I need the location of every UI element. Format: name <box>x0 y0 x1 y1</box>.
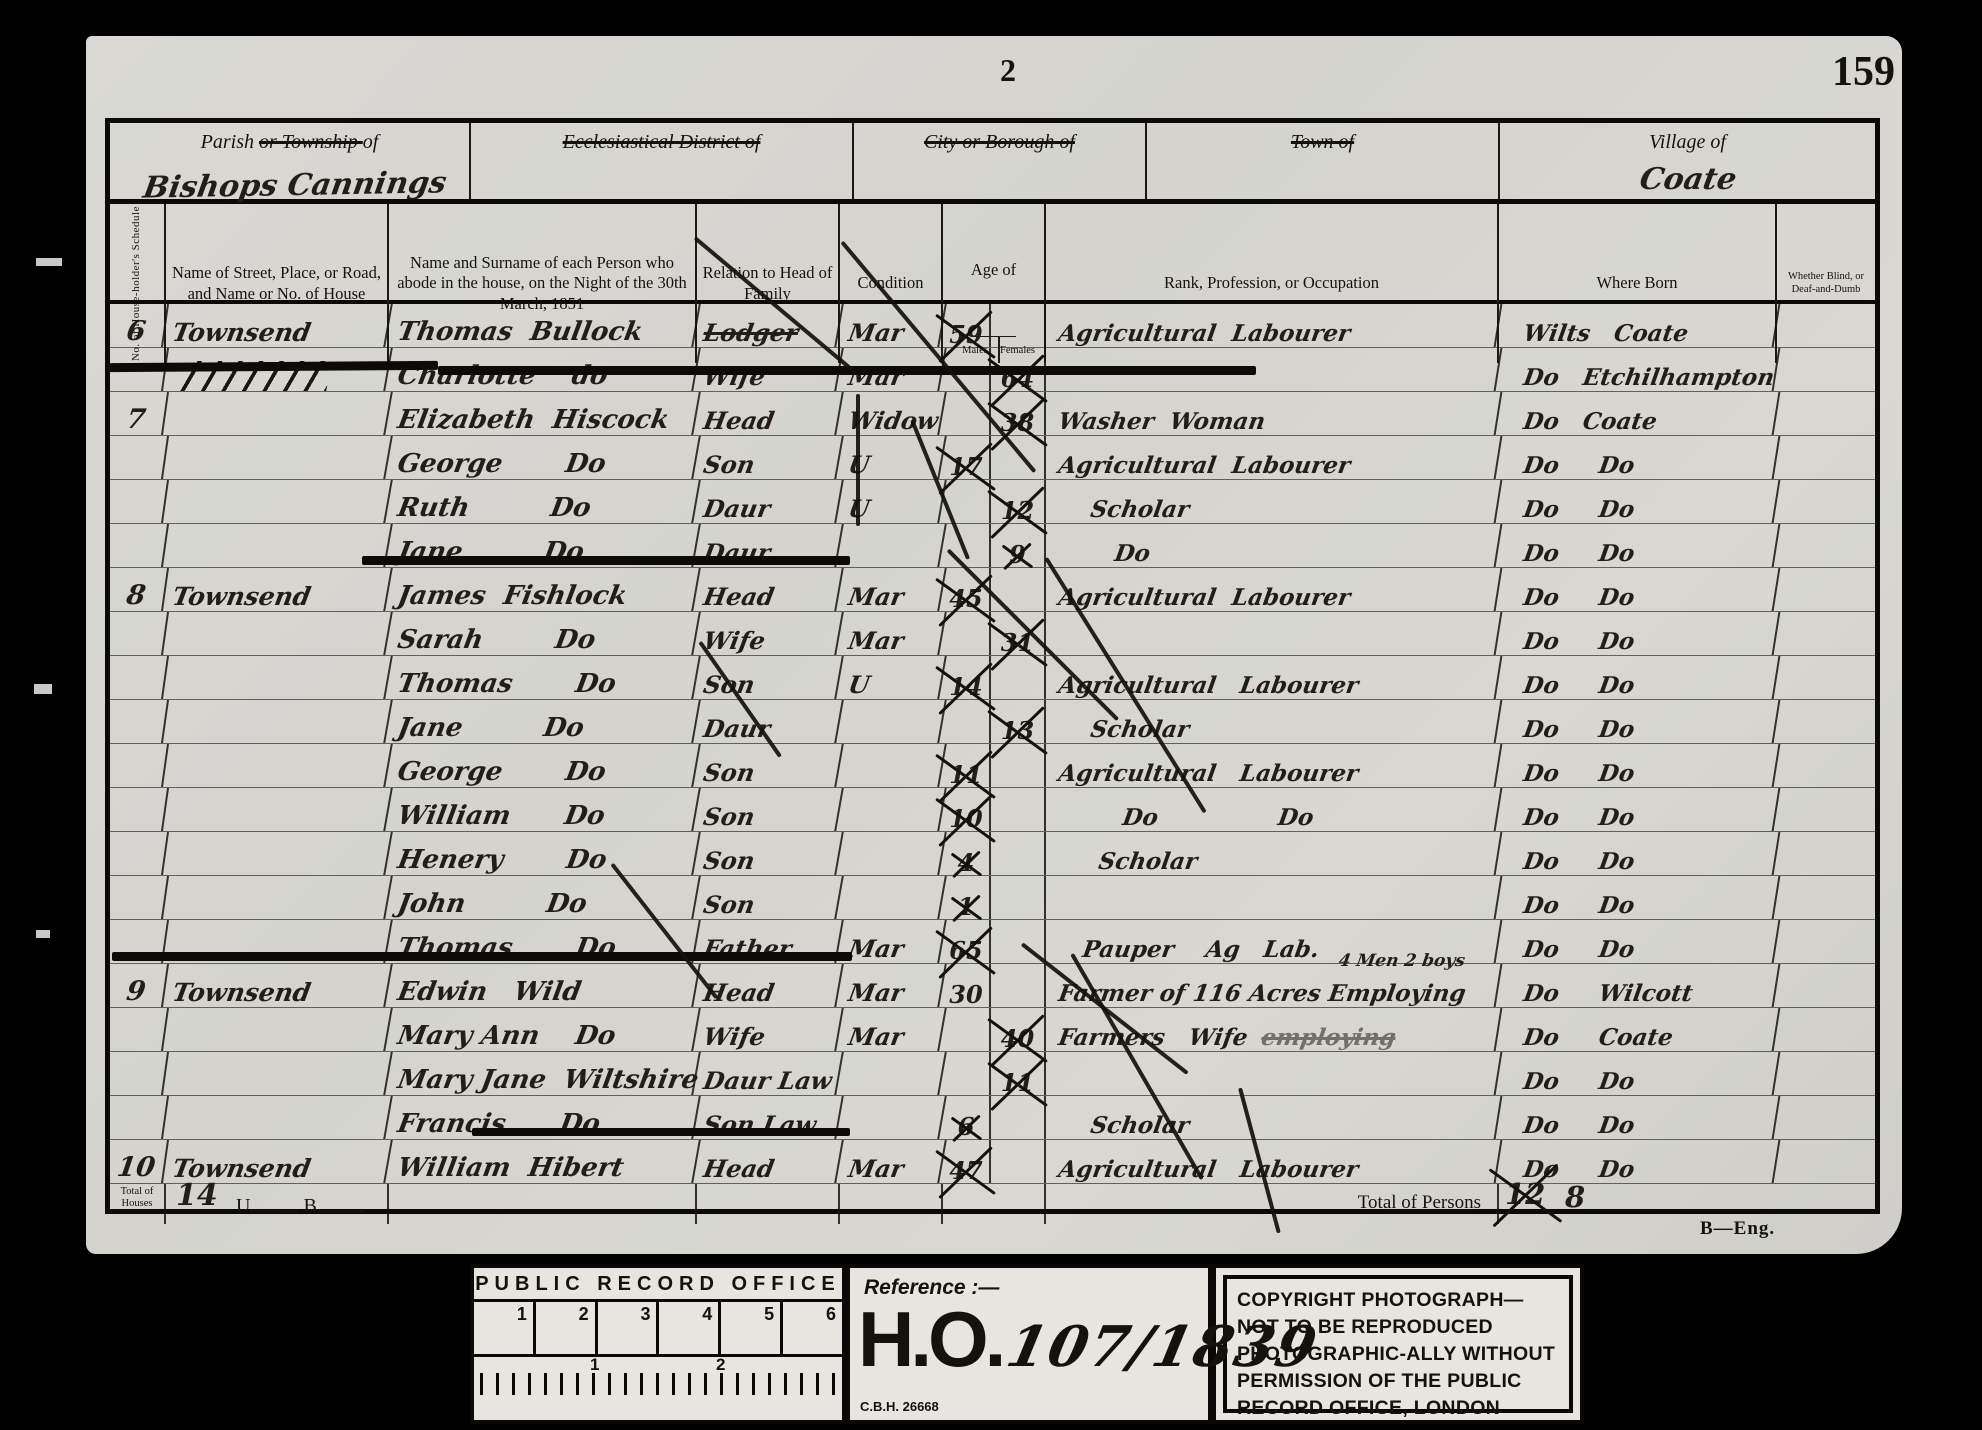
cell-schedule-number <box>107 876 169 919</box>
cell-name: Mary Jane Wiltshire <box>385 1052 701 1095</box>
census-row: Henery Do Son 4 Scholar Do Do <box>110 832 1875 876</box>
inch-label: 4 <box>659 1302 721 1354</box>
cell-infirmity <box>1777 920 1875 963</box>
ecclesiastical-header-cell: Ecclesiastical District of <box>471 123 854 199</box>
cell-occupation: Scholar <box>1043 1096 1503 1139</box>
cell-where-born: Do Do <box>1496 568 1781 611</box>
cell-relation: Son <box>693 436 844 479</box>
cell-where-born: Do Do <box>1496 656 1781 699</box>
census-row: Francis Do Son Law 6 Scholar Do Do <box>110 1096 1875 1140</box>
cell-name: William Hibert <box>385 1140 701 1183</box>
cell-age-male <box>943 612 991 655</box>
cell-age-female: 40 <box>991 1008 1046 1051</box>
cell-infirmity <box>1777 744 1875 787</box>
cell-age-female <box>991 788 1046 831</box>
cell-street <box>162 1008 393 1051</box>
cell-name: John Do <box>385 876 701 919</box>
census-row: Ruth Do Daur U 12 Scholar Do Do <box>110 480 1875 524</box>
cell-schedule-number <box>107 700 169 743</box>
cell-where-born: Do Do <box>1496 832 1781 875</box>
cell-condition: Mar <box>836 1008 947 1051</box>
margin-speck <box>36 258 62 266</box>
total-houses-label: Total of Houses <box>110 1184 166 1224</box>
census-row: George Do Son U 17 Agricultural Labourer… <box>110 436 1875 480</box>
census-row: Sarah Do Wife Mar 31 Do Do <box>110 612 1875 656</box>
cell-schedule-number <box>107 612 169 655</box>
cell-condition: Mar <box>836 920 947 963</box>
cell-age-male: 30 <box>943 964 991 1007</box>
cell-age-male: 11 <box>943 744 991 787</box>
cell-age-male <box>943 1052 991 1095</box>
census-row: Mary Jane Wiltshire Daur Law 11 Do Do <box>110 1052 1875 1096</box>
cell-infirmity <box>1777 480 1875 523</box>
folio-number: 159 <box>1832 48 1895 96</box>
cell-street <box>162 876 393 919</box>
cell-schedule-number <box>107 788 169 831</box>
cell-schedule-number: 8 <box>107 568 169 611</box>
census-row: 8 Townsend James Fishlock Head Mar 45 Ag… <box>110 568 1875 612</box>
cell-where-born: Do Do <box>1496 612 1781 655</box>
cell-relation: Head <box>693 568 844 611</box>
cell-age-male <box>943 700 991 743</box>
cell-where-born: Do Wilcott <box>1496 964 1781 1007</box>
cell-infirmity <box>1777 524 1875 567</box>
cell-street: Townsend <box>162 304 393 347</box>
cell-age-male: 10 <box>943 788 991 831</box>
margin-speck <box>34 684 52 694</box>
cell-occupation: Scholar <box>1043 700 1503 743</box>
cell-occupation: Farmer of 116 Acres Employing4 Men 2 boy… <box>1043 964 1503 1007</box>
cell-name: Elizabeth Hiscock <box>385 392 701 435</box>
cell-street: Townsend <box>162 1140 393 1183</box>
pro-stamp-strip: PUBLIC RECORD OFFICE 1 2 3 4 5 6 1 2 Ref… <box>470 1264 1584 1424</box>
cell-name: Edwin Wild <box>385 964 701 1007</box>
cell-age-male <box>943 1008 991 1051</box>
village-label: Village of <box>1649 131 1726 153</box>
cell-schedule-number: 9 <box>107 964 169 1007</box>
reference-code: C.B.H. 26668 <box>860 1399 939 1414</box>
cell-condition: Mar <box>836 304 947 347</box>
cm-label: 2 <box>716 1355 725 1375</box>
reference-stamp: Reference :— H.O. 107/1839 C.B.H. 26668 <box>846 1264 1212 1424</box>
cell-street <box>162 788 393 831</box>
total-persons-label: Total of Persons <box>1358 1192 1481 1214</box>
cell-infirmity <box>1777 612 1875 655</box>
cell-age-female <box>991 304 1046 347</box>
town-label: Town of <box>1291 131 1354 153</box>
cell-infirmity <box>1777 700 1875 743</box>
cell-age-male: 14 <box>943 656 991 699</box>
cell-street <box>162 832 393 875</box>
cell-schedule-number: 10 <box>107 1140 169 1183</box>
cell-infirmity <box>1777 1052 1875 1095</box>
cell-street <box>162 612 393 655</box>
cell-name: Henery Do <box>385 832 701 875</box>
cell-occupation: Do <box>1043 524 1503 567</box>
census-row: 7 Elizabeth Hiscock Head Widow 38 Washer… <box>110 392 1875 436</box>
cell-street: Townsend <box>162 964 393 1007</box>
cell-schedule-number <box>107 480 169 523</box>
cell-schedule-number <box>107 436 169 479</box>
census-row: Thomas Do Son U 14 Agricultural Labourer… <box>110 656 1875 700</box>
females-total: 8 <box>1565 1180 1585 1214</box>
cell-infirmity <box>1777 1008 1875 1051</box>
cell-infirmity <box>1777 1096 1875 1139</box>
census-row: George Do Son 11 Agricultural Labourer D… <box>110 744 1875 788</box>
cell-street <box>162 700 393 743</box>
census-table: Parish or Township of Bishops Cannings E… <box>105 118 1880 1214</box>
cell-occupation: Scholar <box>1043 832 1503 875</box>
census-row: Jane Do Daur 13 Scholar Do Do <box>110 700 1875 744</box>
cell-infirmity <box>1777 1140 1875 1183</box>
census-row: 9 Townsend Edwin Wild Head Mar 30 Farmer… <box>110 964 1875 1008</box>
males-total: 12 <box>1505 1180 1545 1209</box>
cell-condition <box>836 744 947 787</box>
cell-where-born: Do Do <box>1496 788 1781 831</box>
cell-occupation <box>1043 612 1503 655</box>
cell-age-female <box>991 876 1046 919</box>
parish-label-pre: Parish <box>201 131 259 153</box>
cell-infirmity <box>1777 436 1875 479</box>
cell-name: Thomas Bullock <box>385 304 701 347</box>
bottom-note: B—Eng. <box>1700 1218 1775 1240</box>
cell-infirmity <box>1777 656 1875 699</box>
cell-street <box>162 480 393 523</box>
cell-name: Mary Ann Do <box>385 1008 701 1051</box>
cell-age-male: 6 <box>943 1096 991 1139</box>
cell-infirmity <box>1777 348 1875 391</box>
ink-line <box>472 1128 850 1136</box>
cell-schedule-number: 7 <box>107 392 169 435</box>
cell-condition: Mar <box>836 1140 947 1183</box>
inch-label: 1 <box>474 1302 536 1354</box>
cell-where-born: Do Do <box>1496 1052 1781 1095</box>
cell-infirmity <box>1777 964 1875 1007</box>
b-label: B <box>303 1195 316 1217</box>
cell-age-male <box>943 524 991 567</box>
cell-infirmity <box>1777 876 1875 919</box>
cell-condition <box>836 1096 947 1139</box>
cell-age-female: 9 <box>991 524 1046 567</box>
cell-age-male: 59 <box>943 304 991 347</box>
cell-occupation: Washer Woman <box>1043 392 1503 435</box>
cell-infirmity <box>1777 568 1875 611</box>
cell-where-born: Do Do <box>1496 436 1781 479</box>
cell-relation: Daur <box>693 480 844 523</box>
totals-row: Total of Houses 14 U B Total of Persons … <box>110 1184 1875 1224</box>
cell-where-born: Do Etchilhampton <box>1496 348 1781 391</box>
ruler-inch-scale: 1 2 3 4 5 6 <box>474 1302 842 1357</box>
cell-age-male: 1 <box>943 876 991 919</box>
parish-value: Bishops Cannings <box>141 165 449 205</box>
place-header-band: Parish or Township of Bishops Cannings E… <box>110 123 1875 204</box>
total-houses-cell: 14 U B <box>166 1184 389 1224</box>
census-row: Mary Ann Do Wife Mar 40 Farmers Wifeempl… <box>110 1008 1875 1052</box>
parish-label-struck: or Township <box>259 131 363 153</box>
census-page-scan: 2 159 Parish or Township of Bishops Cann… <box>0 0 1982 1430</box>
cell-where-born: Do Do <box>1496 524 1781 567</box>
cell-condition: Mar <box>836 612 947 655</box>
cell-condition: U <box>836 656 947 699</box>
margin-speck <box>36 930 50 938</box>
cell-schedule-number <box>107 744 169 787</box>
cell-where-born: Do Do <box>1496 480 1781 523</box>
cell-schedule-number <box>107 1008 169 1051</box>
cell-condition <box>836 876 947 919</box>
inch-label: 3 <box>598 1302 660 1354</box>
cell-age-female <box>991 964 1046 1007</box>
cell-name: William Do <box>385 788 701 831</box>
cell-infirmity <box>1777 392 1875 435</box>
cell-occupation: Do Do <box>1043 788 1503 831</box>
cell-age-male: 17 <box>943 436 991 479</box>
cell-where-born: Do Do <box>1496 1096 1781 1139</box>
cell-schedule-number <box>107 656 169 699</box>
cell-age-male: 4 <box>943 832 991 875</box>
cell-condition <box>836 524 947 567</box>
cell-name: Sarah Do <box>385 612 701 655</box>
census-row: 6 Townsend Thomas Bullock Lodger Mar 59 … <box>110 304 1875 348</box>
total-houses-value: 14 <box>176 1178 218 1213</box>
ruler-ticks <box>480 1373 836 1395</box>
cell-street <box>162 524 393 567</box>
cell-condition <box>836 1052 947 1095</box>
inch-label: 6 <box>783 1302 842 1354</box>
town-header-cell: Town of <box>1147 123 1500 199</box>
cell-where-born: Do Do <box>1496 700 1781 743</box>
cell-condition <box>836 832 947 875</box>
cell-name: George Do <box>385 744 701 787</box>
cell-age-female <box>991 656 1046 699</box>
cell-name: Jane Do <box>385 700 701 743</box>
cell-age-male: 65 <box>943 920 991 963</box>
cell-where-born: Do Do <box>1496 876 1781 919</box>
cell-condition: Widow <box>836 392 947 435</box>
cell-relation: Head <box>693 964 844 1007</box>
cell-name: Thomas Do <box>385 656 701 699</box>
cell-relation: Wife <box>693 1008 844 1051</box>
cell-occupation: Agricultural Labourer <box>1043 304 1503 347</box>
cell-occupation: Agricultural Labourer <box>1043 436 1503 479</box>
cm-label: 1 <box>590 1355 599 1375</box>
cell-age-female <box>991 832 1046 875</box>
cell-street: Townsend <box>162 568 393 611</box>
reference-series: H.O. <box>858 1302 1002 1376</box>
cell-occupation: Agricultural Labourer <box>1043 568 1503 611</box>
city-label: City or Borough of <box>924 131 1075 153</box>
cell-occupation: Agricultural Labourer <box>1043 744 1503 787</box>
cell-relation: Head <box>693 392 844 435</box>
cell-occupation: Agricultural Labourer <box>1043 1140 1503 1183</box>
cell-schedule-number <box>107 832 169 875</box>
ruler-title: PUBLIC RECORD OFFICE <box>474 1268 842 1302</box>
cell-name: James Fishlock <box>385 568 701 611</box>
cell-relation: Head <box>693 1140 844 1183</box>
cell-schedule-number <box>107 524 169 567</box>
cell-condition: U <box>836 480 947 523</box>
cell-condition <box>836 700 947 743</box>
cell-where-born: Do Coate <box>1496 392 1781 435</box>
cell-age-female <box>991 1140 1046 1183</box>
cell-relation: Son <box>693 832 844 875</box>
pro-ruler-stamp: PUBLIC RECORD OFFICE 1 2 3 4 5 6 1 2 <box>470 1264 846 1424</box>
cell-relation: Son <box>693 876 844 919</box>
cell-name: George Do <box>385 436 701 479</box>
census-row: John Do Son 1 Do Do <box>110 876 1875 920</box>
inch-label: 5 <box>721 1302 783 1354</box>
ink-line <box>362 556 850 565</box>
u-label: U <box>236 1195 250 1217</box>
cell-age-female: 11 <box>991 1052 1046 1095</box>
cell-street <box>162 1052 393 1095</box>
reference-piece: 107/1839 <box>1001 1314 1324 1380</box>
cell-street <box>162 1096 393 1139</box>
parish-header-cell: Parish or Township of Bishops Cannings <box>110 123 471 199</box>
pen-stroke <box>856 394 860 526</box>
cell-condition <box>836 788 947 831</box>
cell-infirmity <box>1777 304 1875 347</box>
cell-street <box>162 392 393 435</box>
cell-age-female: 13 <box>991 700 1046 743</box>
cell-schedule-number: 6 <box>107 304 169 347</box>
ruler-cm-scale: 1 2 <box>474 1357 842 1401</box>
cell-schedule-number <box>107 1096 169 1139</box>
cell-where-born: Do Coate <box>1496 1008 1781 1051</box>
cell-relation: Son <box>693 744 844 787</box>
cell-street <box>162 744 393 787</box>
cell-age-female <box>991 436 1046 479</box>
village-header-cell: Village of Coate <box>1500 123 1875 199</box>
cell-age-male: 47 <box>943 1140 991 1183</box>
cell-infirmity <box>1777 832 1875 875</box>
cell-age-female <box>991 744 1046 787</box>
cell-condition: Mar <box>836 568 947 611</box>
cell-relation: Son <box>693 788 844 831</box>
cell-street <box>162 656 393 699</box>
census-row: William Do Son 10 Do Do Do Do <box>110 788 1875 832</box>
cell-street <box>162 436 393 479</box>
ecclesiastical-label: Ecclesiastical District of <box>563 131 761 153</box>
village-value: Coate <box>1637 162 1739 197</box>
city-header-cell: City or Borough of <box>854 123 1147 199</box>
inch-label: 2 <box>536 1302 598 1354</box>
cell-condition: Mar <box>836 964 947 1007</box>
cell-relation: Daur Law <box>693 1052 844 1095</box>
parish-label-post: of <box>363 131 379 153</box>
cell-relation: Wife <box>693 612 844 655</box>
ink-line <box>112 952 852 961</box>
cell-age-female <box>991 1096 1046 1139</box>
cell-age-female: 12 <box>991 480 1046 523</box>
census-rows: 6 Townsend Thomas Bullock Lodger Mar 59 … <box>110 304 1875 1184</box>
cell-occupation <box>1043 1052 1503 1095</box>
census-row: 10 Townsend William Hibert Head Mar 47 A… <box>110 1140 1875 1184</box>
cell-schedule-number <box>107 1052 169 1095</box>
cell-where-born: Wilts Coate <box>1496 304 1781 347</box>
column-header-band: No. of House-holder's Schedule Name of S… <box>110 204 1875 304</box>
cell-occupation: Scholar <box>1043 480 1503 523</box>
cell-occupation <box>1043 876 1503 919</box>
cell-where-born: Do Do <box>1496 744 1781 787</box>
cell-infirmity <box>1777 788 1875 831</box>
cell-name: Ruth Do <box>385 480 701 523</box>
sheet-number: 2 <box>1000 52 1016 89</box>
cell-where-born: Do Do <box>1496 920 1781 963</box>
uninhabited-building-labels: U B <box>236 1192 365 1218</box>
